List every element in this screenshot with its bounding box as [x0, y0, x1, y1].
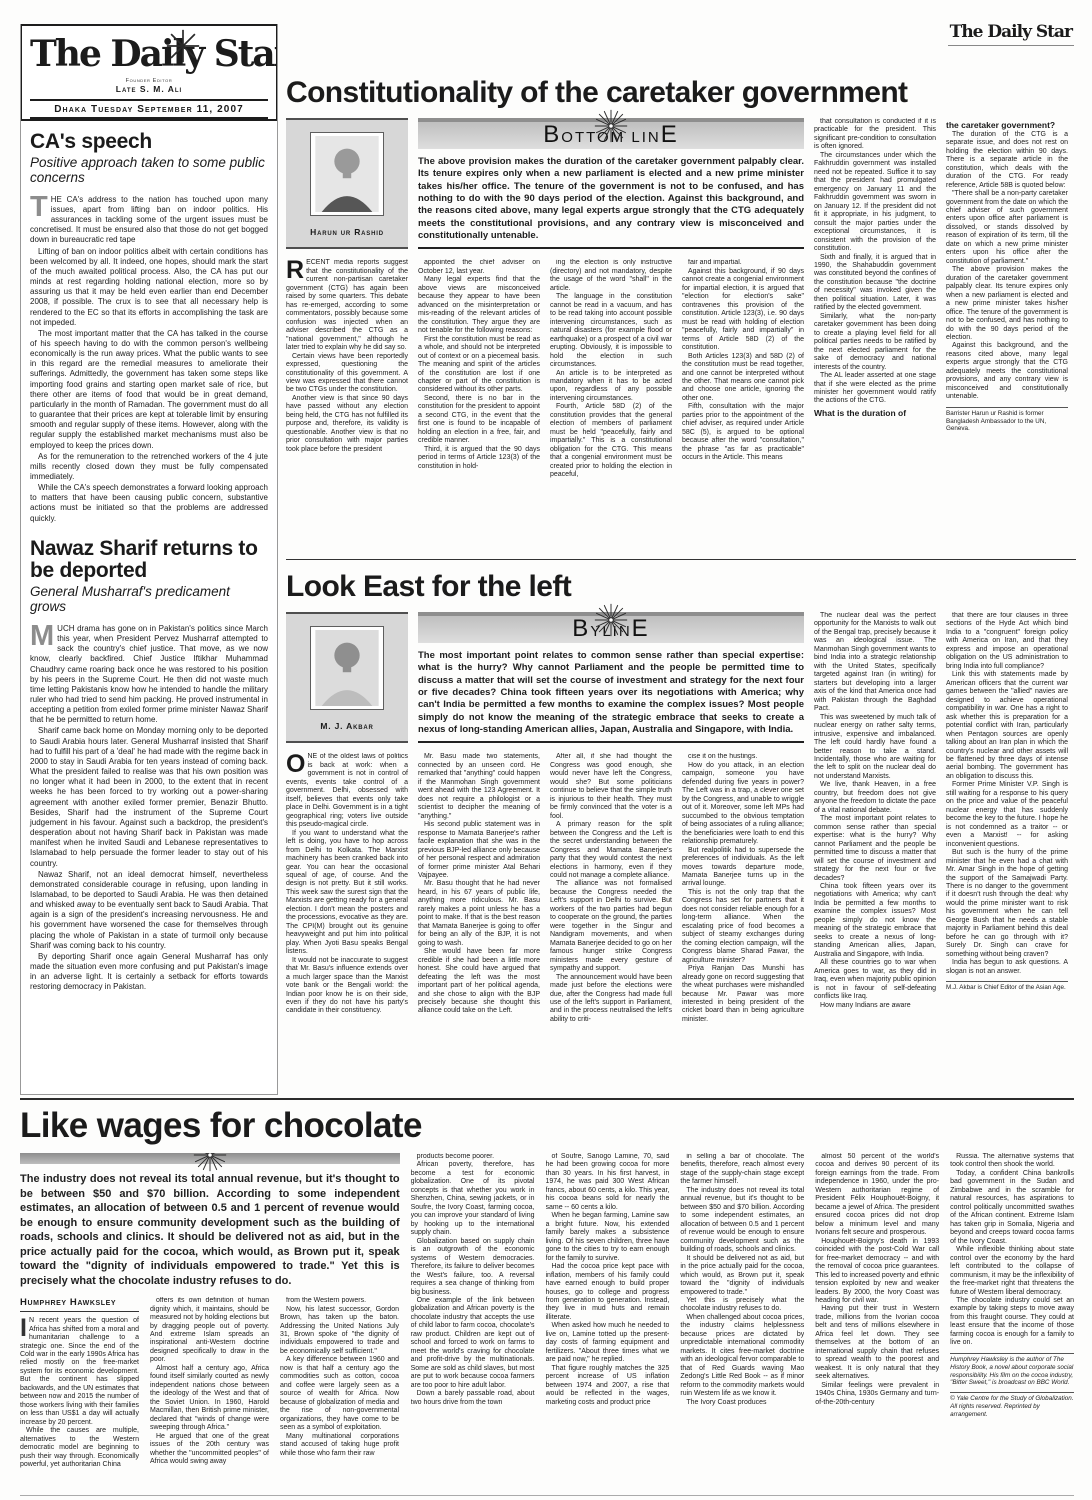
byline-name: Humphrey Hawksley [20, 1297, 139, 1312]
paragraph: Sixth and finally, it is argued that in … [814, 254, 936, 313]
column-1: IN recent years the question of Africa h… [20, 1317, 139, 1469]
paragraph: cise it on the hustings. [682, 753, 804, 761]
starburst-icon [594, 603, 628, 637]
column-4: cise it on the hustings.How do you attac… [682, 753, 804, 1083]
author-name: Harun ur Rashid [286, 227, 408, 237]
paragraph: fair and impartial. [682, 259, 804, 267]
paragraph: All these countries go to war when Ameri… [814, 959, 936, 1001]
paragraph: Similarly, what the non-party caretaker … [814, 313, 936, 372]
paragraph: MUCH drama has gone on in Pakistan's pol… [30, 624, 268, 726]
paragraph: Russia. The alternative systems that too… [950, 1153, 1074, 1170]
article-header-row: M. J. Akbar [286, 612, 804, 743]
body-columns: RECENT media reports suggest that the co… [286, 259, 804, 547]
paragraph: The Ivory Coast produces [680, 1399, 804, 1407]
drop-cap: R [286, 259, 306, 280]
paragraph: Link this with statements made by Americ… [946, 671, 1068, 781]
paragraph: that consultation is conducted if it is … [814, 118, 936, 152]
left-rail: The Daily Star Founder Editor Late S. M.… [20, 24, 278, 1095]
paragraph: One example of the link between globaliz… [411, 1297, 535, 1390]
paragraph: IN recent years the question of Africa h… [20, 1317, 139, 1427]
paragraph: He argued that one of the great issues o… [150, 1433, 269, 1467]
column-3: ing the election is only instructive (di… [550, 259, 672, 547]
column-2: offers its own definition of human digni… [150, 1297, 269, 1483]
standfirst-banner [20, 1153, 400, 1164]
paragraph: The AL leader asserted at one stage that… [814, 372, 936, 406]
editorial-body: THE CA's address to the nation has touch… [30, 195, 268, 524]
paragraph: How many Indians are aware [814, 1002, 936, 1010]
paragraph: Many legal experts find that the above v… [418, 276, 540, 335]
paragraph: The above provision makes the duration o… [946, 266, 1068, 342]
drop-cap: M [30, 624, 57, 649]
paragraph: The most important matter that the CA ha… [30, 329, 268, 451]
paragraph: It should be delivered not as aid, but i… [680, 1255, 804, 1297]
article-header-row: Harun ur Rashid [286, 118, 804, 249]
paragraph: Third, it is argued that the 90 days per… [418, 446, 540, 471]
paragraph: Fourth, Article 58D (2) of the constitut… [550, 403, 672, 479]
paragraph: This was sweetened by much talk of nucle… [814, 714, 936, 782]
paragraph: The most important point relates to comm… [814, 815, 936, 883]
article-bottom-line: Constitutionality of the caretaker gover… [286, 78, 1076, 560]
paragraph: Down a barely passable road, about two h… [411, 1390, 535, 1407]
paragraph: African poverty, therefore, has become a… [411, 1161, 535, 1237]
article-byline: Look East for the left M. J. Akbar [286, 572, 1076, 1094]
author-photo [310, 132, 384, 216]
paragraph: First the constitution must be read as a… [418, 336, 540, 395]
editorial-title: Nawaz Sharif returns to be deported [30, 538, 268, 582]
body-columns: ONE of the oldest laws of politics is ba… [286, 753, 804, 1083]
banner-zone: BOTTOM LINE The above provision makes th… [418, 118, 804, 249]
sun-star-icon [166, 29, 200, 63]
column-1-wrap: Humphrey Hawksley IN recent years the qu… [20, 1297, 139, 1483]
paragraph: ONE of the oldest laws of politics is ba… [286, 753, 408, 829]
paragraph: from the Western powers. [280, 1297, 399, 1305]
author-photo-card: M. J. Akbar [286, 612, 408, 743]
column-3: from the Western powers.Now, his latest … [280, 1297, 399, 1483]
column-banner: BYLINE [418, 612, 804, 643]
editorial-nawaz-sharif: Nawaz Sharif returns to be deported Gene… [30, 538, 268, 993]
article-chocolate: Like wages for chocolate The industry do… [20, 1098, 1074, 1496]
paragraph: When he began farming, Lamine saw a brig… [546, 1212, 670, 1263]
masthead: The Daily Star Founder Editor Late S. M.… [20, 24, 278, 121]
paragraph: When challenged about cocoa prices, the … [680, 1314, 804, 1399]
paragraph: Against this background, and the reasons… [946, 342, 1068, 401]
paragraph: Nawaz Sharif, not an ideal democrat hims… [30, 870, 268, 951]
paragraph: Mr. Basu thought that he had never heard… [418, 880, 540, 948]
column-2: appointed the chief adviser on October 1… [418, 259, 540, 547]
paragraph: The alliance was not formalised because … [550, 880, 672, 973]
article-left-zone: Harun ur Rashid [286, 118, 804, 548]
paragraph: Sharif came back home on Monday morning … [30, 726, 268, 868]
paragraph: The circumstances under which the Fakhru… [814, 152, 936, 254]
paragraph: Another view is that since 90 days have … [286, 395, 408, 454]
column-7: almost 50 percent of the world's cocoa a… [815, 1153, 939, 1489]
paragraph: of Soufre, Sanogo Lamine, 70, said he ha… [546, 1153, 670, 1212]
standfirst: The most important point relates to comm… [418, 650, 804, 743]
paragraph: almost 50 percent of the world's cocoa a… [815, 1153, 939, 1238]
article-left-zone: M. J. Akbar [286, 612, 804, 1090]
drop-cap: O [286, 753, 307, 774]
column-banner: BOTTOM LINE [418, 118, 804, 149]
column-2: Mr. Basu made two statements, connected … [418, 753, 540, 1083]
newspaper-logo: The Daily Star [30, 36, 278, 73]
paragraph: Today, a confident China bankrolls bad g… [950, 1170, 1074, 1246]
paragraph: THE CA's address to the nation has touch… [30, 195, 268, 246]
paragraph: By deporting Sharif once again General M… [30, 952, 268, 993]
paragraph: If you want to understand what the left … [286, 830, 408, 957]
banner-letter: E [632, 615, 650, 642]
banner-letter: B [572, 615, 590, 642]
paragraph: Lifting of ban on indoor politics albeit… [30, 247, 268, 328]
column-1: ONE of the oldest laws of politics is ba… [286, 753, 408, 1083]
article-left-zone: The industry does not reveal its total a… [20, 1153, 400, 1489]
paragraph: China took fifteen years over its negoti… [814, 883, 936, 959]
paragraph: That figure roughly matches the 325 perc… [546, 1365, 670, 1407]
column-4: products become poorer.African poverty, … [411, 1153, 535, 1489]
author-photo [310, 626, 384, 710]
paragraph: A key difference between 1960 and now is… [280, 1356, 399, 1432]
paragraph: Certain views have been reportedly expre… [286, 353, 408, 395]
article-content: Harun ur Rashid [286, 118, 1076, 548]
editorial-subtitle: Positive approach taken to some public c… [30, 155, 268, 186]
founder-editor-name: Late S. M. Ali [30, 84, 268, 94]
paragraph: While the CA's speech demonstrates a for… [30, 483, 268, 524]
body-columns: Humphrey Hawksley IN recent years the qu… [20, 1297, 400, 1483]
paragraph: Had the cocoa price kept pace with infla… [546, 1263, 670, 1322]
paragraph: that there are four clauses in three sec… [946, 612, 1068, 671]
paragraph: Priya Ranjan Das Munshi has already gone… [682, 965, 804, 1024]
paragraph: As for the remuneration to the retrenche… [30, 452, 268, 482]
standfirst: The industry does not reveal its total a… [20, 1172, 400, 1288]
paragraph: After all, if she had thought the Congre… [550, 753, 672, 821]
column-5: that consultation is conducted if it is … [814, 118, 936, 548]
banner-letter: E [661, 121, 679, 148]
paragraph: This is not the only trap that the Congr… [682, 889, 804, 965]
mini-masthead-logo: The Daily Star [948, 22, 1074, 46]
paragraph: It would not be inaccurate to suggest th… [286, 957, 408, 1016]
paragraph: Barrister Harun ur Rashid is former Bang… [946, 407, 1068, 434]
paragraph: While inflexible thinking about state co… [950, 1246, 1074, 1297]
paragraph: Houphouët-Boigny's death in 1993 coincid… [815, 1238, 939, 1306]
dateline: Dhaka Tuesday September 11, 2007 [30, 99, 268, 119]
author-photo-card: Harun ur Rashid [286, 118, 408, 249]
banner-zone: BYLINE The most important point relates … [418, 612, 804, 743]
paragraph: appointed the chief adviser on October 1… [418, 259, 540, 276]
paragraph: products become poorer. [411, 1153, 535, 1161]
paragraph: Having put their trust in Western trade,… [815, 1305, 939, 1381]
paragraph: We live, thank Heaven, in a free country… [814, 781, 936, 815]
paragraph: Humphrey Hawksley is the author of The H… [950, 1353, 1074, 1387]
paragraph: The industry does not reveal its total a… [680, 1187, 804, 1255]
starburst-icon [594, 109, 628, 143]
paragraph: © Yale Centre for the Study of Globaliza… [950, 1392, 1074, 1419]
editorial-body: MUCH drama has gone on in Pakistan's pol… [30, 624, 268, 993]
newspaper-page: The Daily Star Founder Editor Late S. M.… [0, 0, 1092, 1500]
paragraph: M.J. Akbar is Chief Editor of the Asian … [946, 981, 1068, 992]
paragraph: But realpolitik had to supersede the pre… [682, 847, 804, 889]
paragraph: the caretaker government? [946, 121, 1068, 131]
editorial-title: CA's speech [30, 131, 268, 153]
paragraph: But such is the hurry of the prime minis… [946, 849, 1068, 959]
paragraph: Fifth, consultation with the major parti… [682, 403, 804, 462]
drop-cap: I [20, 1317, 29, 1338]
paragraph: The language in the constitution cannot … [550, 293, 672, 369]
column-8: Russia. The alternative systems that too… [950, 1153, 1074, 1489]
paragraph: How do you attack, in an election campai… [682, 762, 804, 847]
column-5: of Soufre, Sanogo Lamine, 70, said he ha… [546, 1153, 670, 1489]
editorial-ca-speech: CA's speech Positive approach taken to s… [30, 131, 268, 524]
author-name: M. J. Akbar [286, 721, 408, 731]
editorial-subtitle: General Musharraf's predicament grows [30, 584, 268, 615]
paragraph: The duration of the CTG is a separate is… [946, 131, 1068, 190]
drop-cap: T [30, 195, 51, 220]
paragraph: Yet this is precisely what the chocolate… [680, 1297, 804, 1314]
column-1: RECENT media reports suggest that the co… [286, 259, 408, 547]
paragraph: Almost half a century ago, Africa found … [150, 1365, 269, 1433]
paragraph: Globalization based on supply chain is a… [411, 1238, 535, 1297]
paragraph: She would have been far more credible if… [418, 948, 540, 1016]
logo-wrap: The Daily Star [30, 36, 278, 73]
paragraph: What is the duration of [814, 409, 936, 419]
paragraph: The announcement would have been made ju… [550, 974, 672, 1025]
paragraph: offers its own definition of human digni… [150, 1297, 269, 1365]
paragraph: Now, his latest successor, Gordon Brown,… [280, 1306, 399, 1357]
paragraph: While the causes are multiple, alternati… [20, 1427, 139, 1469]
banner-letter: B [543, 121, 561, 148]
article-content: M. J. Akbar [286, 612, 1076, 1090]
paragraph: The nuclear deal was the perfect opportu… [814, 612, 936, 714]
article-headline: Look East for the left [286, 572, 1076, 602]
standfirst: The above provision makes the duration o… [418, 156, 804, 249]
paragraph: Both Articles 123(3) and 58D (2) of the … [682, 353, 804, 404]
column-4: fair and impartial.Against this backgrou… [682, 259, 804, 547]
paragraph: Similar feelings were prevalent in 1940s… [815, 1382, 939, 1407]
paragraph: India has begun to ask questions. A slog… [946, 959, 1068, 976]
paragraph: Mr. Basu made two statements, connected … [418, 753, 540, 821]
paragraph: Former Prime Minister V.P. Singh is stil… [946, 781, 1068, 849]
paragraph: Against this background, if 90 days cann… [682, 268, 804, 353]
paragraph: When asked how much he needed to live on… [546, 1322, 670, 1364]
article-content: The industry does not reveal its total a… [20, 1153, 1074, 1489]
column-6: in selling a bar of chocolate. The benef… [680, 1153, 804, 1489]
paragraph: His second public statement was in respo… [418, 821, 540, 880]
column-6: the caretaker government?The duration of… [946, 118, 1068, 548]
article-headline: Constitutionality of the caretaker gover… [286, 78, 1076, 108]
column-6: that there are four clauses in three sec… [946, 612, 1068, 1090]
paragraph: The chocolate industry could set an exam… [950, 1297, 1074, 1348]
paragraph: RECENT media reports suggest that the co… [286, 259, 408, 352]
column-5: The nuclear deal was the perfect opportu… [814, 612, 936, 1090]
paragraph: ing the election is only instructive (di… [550, 259, 672, 293]
paragraph: An article is to be interpreted as manda… [550, 370, 672, 404]
article-headline: Like wages for chocolate [20, 1108, 1074, 1143]
starburst-icon [193, 1153, 227, 1172]
paragraph: in selling a bar of chocolate. The benef… [680, 1153, 804, 1187]
column-3: After all, if she had thought the Congre… [550, 753, 672, 1083]
paragraph: A primary reason for the split between t… [550, 821, 672, 880]
paragraph: "There shall be a non-party caretaker go… [946, 190, 1068, 266]
paragraph: Many multinational corporations stand ac… [280, 1433, 399, 1458]
paragraph: Second, there is no bar in the constitut… [418, 395, 540, 446]
